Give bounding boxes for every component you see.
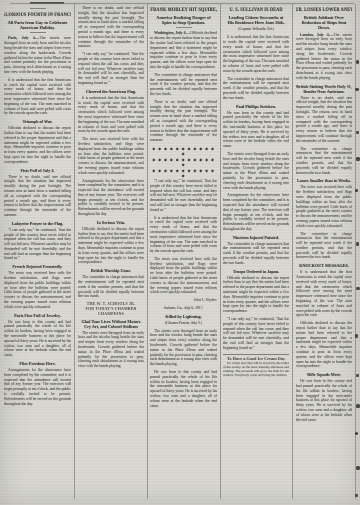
ink-mark-icon: [356, 131, 359, 134]
body-paragraph: "I can only say," he continued, "that th…: [223, 317, 289, 351]
article-headline: U. S. SULLIVAN IS DEAD: [229, 7, 282, 13]
notice-body: Ice cream and cake will be served by the…: [223, 361, 289, 378]
subhead: Cry Art, and Colonel Stidham: [78, 324, 144, 329]
subhead: British Sinking Worth Only 11,: [296, 84, 352, 89]
subhead: In Serious Vein.: [78, 220, 144, 225]
subhead: Losses Smaller than in Weeks.: [296, 178, 352, 183]
ink-mark-icon: [355, 88, 359, 91]
body-paragraph: The news was received here with the live…: [150, 257, 217, 295]
article-deck: Leading Citizen Succumbs at His Residenc…: [225, 15, 287, 25]
signature: John L. Stryker.: [150, 298, 217, 303]
body-paragraph: London, July 4.—The streets were thronge…: [296, 33, 352, 81]
article-headline: FRANK MORLEY HIT SQUIRE,: [150, 7, 217, 13]
body-text: The streets were thronged from an early …: [4, 35, 71, 74]
subhead: Glad Your Lives Without Motors: [78, 319, 144, 324]
divider: [30, 32, 46, 33]
column-rule: [220, 4, 221, 499]
notice-title: To Have a Good Ice Cream Day: [223, 356, 289, 361]
body-paragraph: It is understood that the first American…: [4, 78, 71, 116]
ink-mark-icon: [356, 157, 360, 161]
body-text: The streets were thronged from an early …: [296, 32, 352, 80]
newspaper-page: GLORIOUS FOURTH IN FRANCE All Paris from…: [0, 0, 360, 505]
subhead: Troops Ordered to Japan.: [223, 269, 289, 274]
body-paragraph: There is no doubt, said one official ton…: [4, 175, 71, 218]
body-paragraph: The committee in charge announces that t…: [223, 242, 289, 266]
column-rule: [74, 4, 75, 499]
subhead: Cheered the American Flag.: [78, 89, 144, 94]
body-paragraph: The committee in charge announces that t…: [223, 77, 289, 101]
body-paragraph: "I can only say," he continued, "that th…: [78, 52, 144, 86]
body-paragraph: "I can only say," he continued, "that th…: [4, 228, 71, 262]
dateline: (Choates Prairie, July 5.): [150, 321, 217, 326]
body-paragraph: It is understood that the first American…: [78, 96, 144, 134]
body-paragraph: It is understood that the first American…: [150, 216, 217, 254]
subhead: Flies Freedom Here.: [4, 361, 71, 366]
subhead: Paris Fine Full of Jewelry.: [4, 313, 71, 318]
telegraph-divider: ◆ ◆ ◆ ◆ ◆ ◆ ◆ ◆ ◆ ◆ ◆ ◆: [150, 168, 217, 178]
body-paragraph: Arrangements for the observance have bee…: [78, 179, 144, 217]
body-paragraph: He was born in this county and had passe…: [4, 320, 71, 358]
headline-wrap: GLORIOUS FOURTH IN FRANCE: [4, 12, 71, 18]
column-rule: [147, 4, 148, 499]
subhead: British Warship Gone.: [78, 268, 144, 273]
subhead: French Rejoiced Frenziedly.: [4, 264, 71, 269]
body-paragraph: He was born in this county and had passe…: [150, 370, 217, 408]
column-5: SUB. LOSSES LOWER ANEW. British Jubilant…: [296, 6, 352, 498]
body-paragraph: Officials declined to discuss the report…: [78, 227, 144, 265]
subhead: Triumph of War.: [4, 119, 71, 124]
body-paragraph: Arrangements for the observance have bee…: [223, 193, 289, 231]
divider: [30, 8, 46, 9]
divider: [176, 27, 192, 28]
body-paragraph: The news was received here with the live…: [78, 137, 144, 175]
column-3: FRANK MORLEY HIT SQUIRE, America Realizi…: [150, 6, 217, 498]
subhead: Bender Near Antietam.: [296, 89, 352, 94]
article-deck: America Realizing Danger of Spies to Sto…: [152, 15, 215, 25]
subhead: Lafayette Prayer to the Flag.: [4, 221, 71, 226]
body-paragraph: The committee in charge announces that t…: [150, 73, 217, 97]
ink-mark-icon: [356, 287, 360, 290]
subhead: Paul Phillips Stricken.: [223, 104, 289, 109]
ink-mark-icon: [356, 466, 360, 470]
body-paragraph: The news was received here with the live…: [296, 185, 352, 228]
article-deck: British Jubilant Over Reduction of Ships…: [298, 15, 350, 31]
body-paragraph: The streets were thronged from an early …: [223, 152, 289, 190]
ink-mark-icon: [355, 189, 358, 192]
top-rule-segment: [30, 2, 64, 4]
body-paragraph: There is no doubt, said one official ton…: [296, 96, 352, 144]
body-paragraph: Officials declined to discuss the report…: [296, 321, 352, 369]
headline-wrap: U. S. SULLIVAN IS DEAD: [223, 7, 289, 13]
ink-mark-icon: [355, 334, 358, 338]
body-paragraph: He was born in this county and had passe…: [296, 379, 352, 422]
notice-line: FOR TODAY'S CHAMBER CHAMPIONS: [78, 307, 144, 317]
ink-mark-icon: [355, 494, 358, 497]
subhead: Fists Full of July 4.: [4, 168, 71, 173]
body-paragraph: The news was received here with the live…: [4, 271, 71, 309]
ink-mark-icon: [356, 242, 359, 246]
subhead: Killed by Lightning.: [150, 314, 217, 319]
ink-mark-icon: [356, 374, 359, 377]
body-paragraph: The streets were thronged from an early …: [150, 329, 217, 367]
subhead: KNOCKOUT MESSAGES.: [296, 263, 352, 268]
body-paragraph: He was born in this county and had passe…: [223, 111, 289, 149]
column-rule: [292, 4, 293, 499]
body-paragraph: The committee in charge announces that t…: [296, 232, 352, 261]
page-edge-rule: [355, 4, 356, 499]
signature-place: Auburn, Ga., July 6, 1917.: [150, 306, 217, 311]
article-deck: All Paris from Gay to Celebrate American…: [6, 20, 69, 30]
body-paragraph: There is no doubt, said one official ton…: [150, 100, 217, 143]
telegraph-divider: ◆ ◆ ◆ ◆ ◆ ◆ ◆ ◆ ◆ ◆ ◆ ◆: [150, 146, 217, 156]
column-1: GLORIOUS FOURTH IN FRANCE All Paris from…: [4, 6, 71, 498]
headline-wrap: SUB. LOSSES LOWER ANEW.: [296, 7, 352, 13]
body-paragraph: Paris, July 4.—The streets were thronged…: [4, 36, 71, 74]
ink-mark-icon: [355, 432, 358, 435]
column-2: There is no doubt, said one official ton…: [78, 6, 144, 498]
body-paragraph: Officials declined to discuss the report…: [4, 126, 71, 164]
body-paragraph: Washington, July 4.—Officials declined t…: [150, 31, 217, 69]
dateline: (Captain Telluride, Ed.): [223, 27, 289, 32]
subhead: Rifle Squads Meet.: [296, 372, 352, 377]
headline-wrap: FRANK MORLEY HIT SQUIRE,: [150, 7, 217, 13]
body-paragraph: The streets were thronged from an early …: [78, 331, 144, 369]
subhead: Nineteen Injured Painted.: [223, 235, 289, 240]
body-paragraph: The committee in charge announces that t…: [78, 275, 144, 299]
article-headline: SUB. LOSSES LOWER ANEW.: [296, 7, 352, 13]
ink-mark-icon: [356, 60, 359, 64]
article-headline: GLORIOUS FOURTH IN FRANCE: [4, 12, 71, 18]
body-paragraph: Officials declined to discuss the report…: [223, 276, 289, 314]
body-paragraph: "I can only say," he continued, "that th…: [150, 179, 217, 213]
body-text: Officials declined to discuss the report…: [150, 30, 217, 69]
ink-mark-icon: [356, 404, 360, 408]
notice-box: To Have a Good Ice Cream Day Ice cream a…: [223, 354, 289, 378]
body-paragraph: It is understood that the first American…: [223, 35, 289, 73]
body-paragraph: Arrangements for the observance have bee…: [4, 368, 71, 406]
body-paragraph: It is understood that the first American…: [296, 270, 352, 318]
body-paragraph: There is no doubt, said one official ton…: [78, 6, 144, 49]
body-paragraph: The committee in charge announces that t…: [296, 147, 352, 176]
column-4: U. S. SULLIVAN IS DEAD Leading Citizen S…: [223, 6, 289, 498]
telegraph-divider: ◆ ◆ ◆ ◆ ◆ ◆ ◆ ◆ ◆ ◆ ◆ ◆: [150, 157, 217, 167]
